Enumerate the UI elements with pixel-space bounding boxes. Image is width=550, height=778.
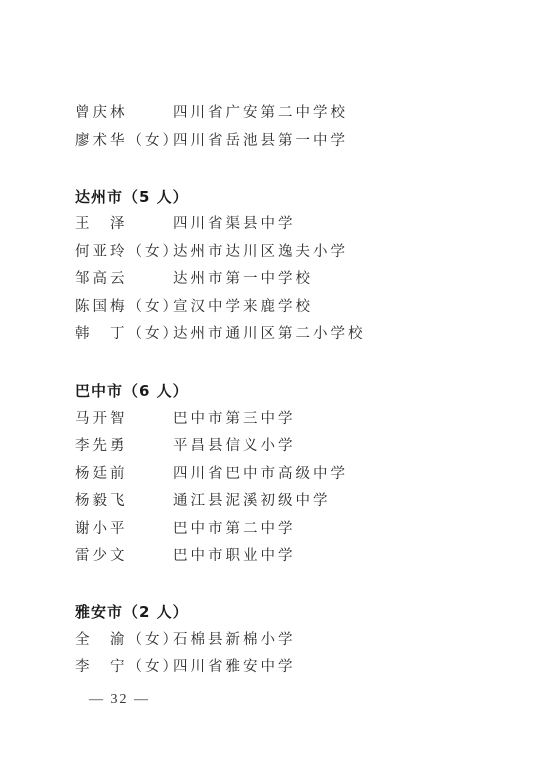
person-name: 马开智 (75, 408, 128, 430)
school-name: 达州市第一中学校 (173, 268, 313, 290)
person-name: 杨毅飞 (75, 490, 128, 512)
school-name: 巴中市第三中学 (173, 408, 296, 430)
person-name: 全 渝（女） (75, 629, 180, 651)
school-name: 四川省岳池县第一中学 (173, 130, 348, 152)
school-name: 巴中市第二中学 (173, 518, 296, 540)
school-name: 四川省渠县中学 (173, 213, 296, 235)
section-heading-yaan: 雅安市（2 人） (75, 601, 189, 623)
person-name: 曾庆林 (75, 102, 128, 124)
school-name: 通江县泥溪初级中学 (173, 490, 331, 512)
person-name: 谢小平 (75, 518, 128, 540)
person-name: 王 泽 (75, 213, 128, 235)
school-name: 达州市通川区第二小学校 (173, 323, 366, 345)
school-name: 达州市达川区逸夫小学 (173, 241, 348, 263)
person-name: 李先勇 (75, 435, 128, 457)
person-name: 李 宁（女） (75, 656, 180, 678)
section-heading-bazhong: 巴中市（6 人） (75, 380, 189, 402)
person-name: 邹高云 (75, 268, 128, 290)
section-heading-dazhou: 达州市（5 人） (75, 186, 189, 208)
person-name: 韩 丁（女） (75, 323, 180, 345)
page-number: — 32 — (89, 692, 150, 708)
person-name: 陈国梅（女） (75, 296, 180, 318)
school-name: 巴中市职业中学 (173, 545, 296, 567)
school-name: 四川省雅安中学 (173, 656, 296, 678)
school-name: 宣汉中学来鹿学校 (173, 296, 313, 318)
person-name: 杨廷前 (75, 463, 128, 485)
school-name: 四川省广安第二中学校 (173, 102, 348, 124)
person-name: 何亚玲（女） (75, 241, 180, 263)
school-name: 四川省巴中市高级中学 (173, 463, 348, 485)
document-page: 曾庆林 四川省广安第二中学校 廖术华（女） 四川省岳池县第一中学 达州市（5 人… (0, 0, 550, 778)
person-name: 廖术华（女） (75, 130, 180, 152)
school-name: 平昌县信义小学 (173, 435, 296, 457)
person-name: 雷少文 (75, 545, 128, 567)
school-name: 石棉县新棉小学 (173, 629, 296, 651)
